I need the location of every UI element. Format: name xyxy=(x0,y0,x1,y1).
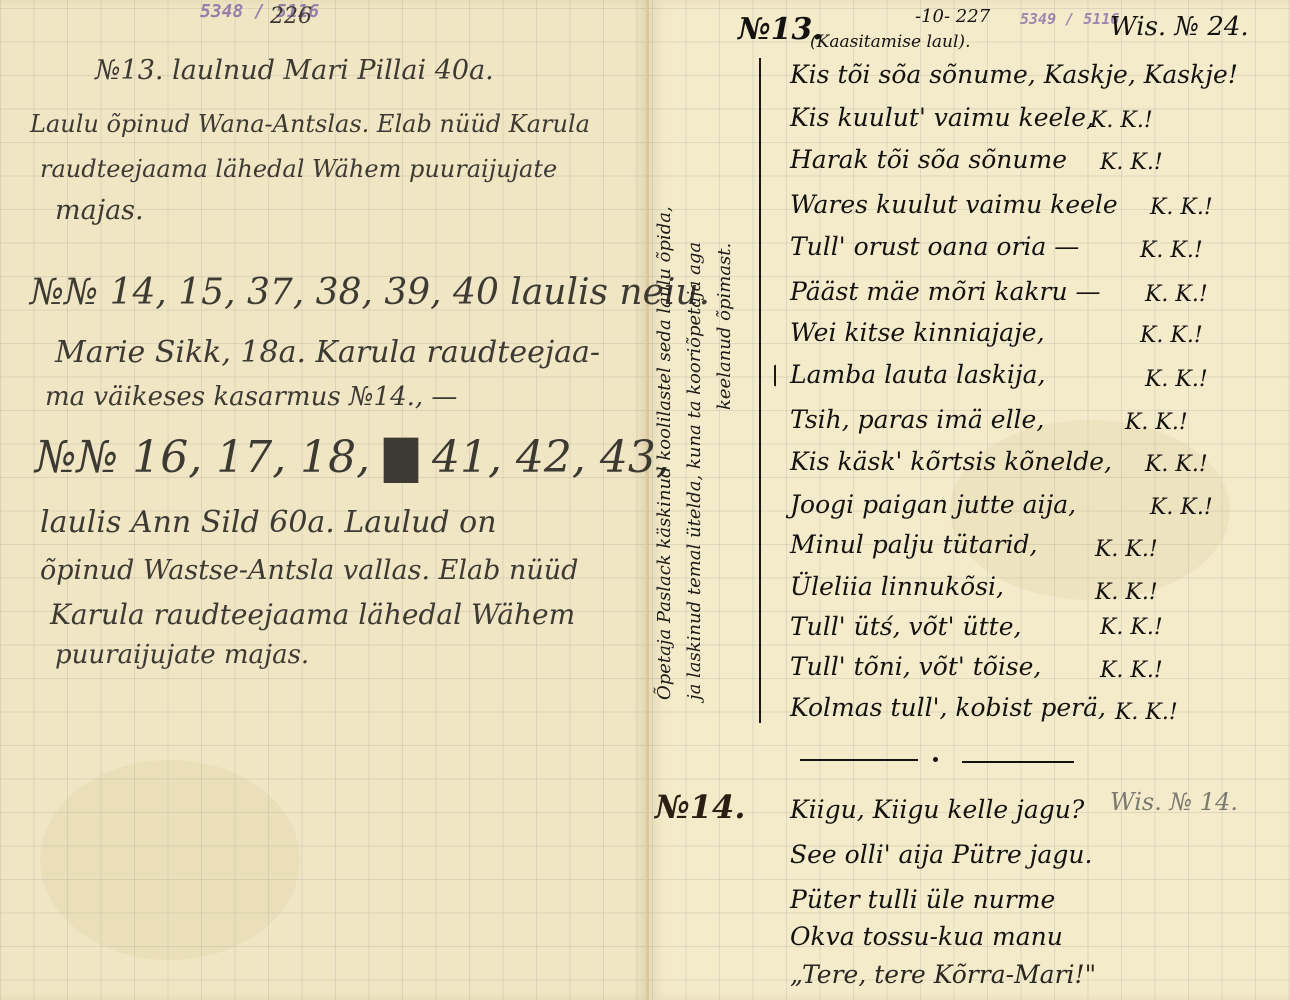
entry-16-line-3: õpinud Wastse-Antsla vallas. Elab nüüd xyxy=(40,555,578,586)
song-13-line: Minul palju tütarid, xyxy=(790,530,1037,559)
entry-13-line-2: Laulu õpinud Wana-Antslas. Elab nüüd Kar… xyxy=(30,110,590,138)
refrain: K. K.! xyxy=(1100,150,1163,175)
bracket-line xyxy=(759,58,761,723)
refrain: K. K.! xyxy=(1150,195,1213,220)
entry-14-line-2: Marie Sikk, 18a. Karula raudteejaa- xyxy=(55,335,600,370)
reference-wis-14: Wis. № 14. xyxy=(1110,788,1238,816)
refrain: K. K.! xyxy=(1145,282,1208,307)
entry-14-line-1: №№ 14, 15, 37, 38, 39, 40 laulis neiu. xyxy=(30,272,710,313)
song-13-line: Tull' orust oana oriа — xyxy=(790,232,1079,261)
entry-13-line-3: raudteejaama lähedal Wähem puuraijujate xyxy=(40,155,557,183)
song-14-line: „Tere, tere Kõrra-Mari!" xyxy=(790,960,1096,989)
entry-16-line-4: Karula raudteejaama lähedal Wähem xyxy=(50,598,575,631)
song-13-line: Joogi paigan jutte aija, xyxy=(790,490,1076,519)
entry-13-line-1: №13. laulnud Mari Pillai 40a. xyxy=(95,55,494,86)
song-13-line: Wares kuulut vaimu keele xyxy=(790,190,1118,219)
refrain: K. K.! xyxy=(1145,452,1208,477)
song-13-line: Lamba lauta laskija, xyxy=(790,360,1045,389)
refrain: K. K.! xyxy=(1140,323,1203,348)
refrain: K. K.! xyxy=(1125,410,1188,435)
separator-line xyxy=(962,761,1074,763)
entry-16-line-2: laulis Ann Sild 60a. Laulud on xyxy=(40,505,497,540)
song-13-line: Wei kitse kinniajaje, xyxy=(790,318,1045,347)
page-number-right: -10- 227 xyxy=(915,6,990,27)
refrain: K. K.! xyxy=(1115,700,1178,725)
song-14-number: №14. xyxy=(655,788,745,826)
song-13-line: Kis käsk' kõrtsis kõnelde, xyxy=(790,447,1112,476)
paper-stain xyxy=(40,760,300,960)
refrain: K. K.! xyxy=(1145,367,1208,392)
song-13-line: Tull' tõni, võt' tõise, xyxy=(790,652,1041,681)
song-13-line: Kolmas tull', kobist perä, xyxy=(790,693,1106,722)
reference-wis-24: Wis. № 24. xyxy=(1110,12,1249,42)
song-13-line: Kis kuulut' vaimu keele, xyxy=(790,103,1094,132)
separator-dot xyxy=(933,757,938,762)
song-14-line: Okva tossu-kua manu xyxy=(790,922,1063,951)
refrain: K. K.! xyxy=(1095,580,1158,605)
entry-13-line-4: majas. xyxy=(55,195,144,226)
refrain: K. K.! xyxy=(1100,615,1163,640)
margin-note-vertical: Õpetaja Paslack käskinud koolilastel sed… xyxy=(650,0,740,700)
song-13-line: Üleliia linnukõsi, xyxy=(790,572,1004,601)
refrain: K. K.! xyxy=(1150,495,1213,520)
song-14-line: See olli' aija Pütre jagu. xyxy=(790,840,1092,869)
song-13-line: Pääst mäe mõri kakru — xyxy=(790,277,1101,306)
entry-16-line-1: №№ 16, 17, 18, ▇ 41, 42, 43, xyxy=(35,432,670,483)
song-13-line: Kis tõi sõa sõnume, Kaskje, Kaskje! xyxy=(790,60,1238,89)
song-13-line: Tull' ütś, võt' ütte, xyxy=(790,612,1021,641)
song-13-line: Harak tõi sõa sõnume xyxy=(790,145,1067,174)
song-14-line: Kiigu, Kiigu kelle jagu? xyxy=(790,795,1084,824)
center-fold xyxy=(646,0,649,1000)
page-number-left: 226 xyxy=(270,4,312,29)
refrain: K. K.! xyxy=(1095,537,1158,562)
archive-stamp-right: 5349 / 5116 xyxy=(1020,10,1119,28)
separator-line xyxy=(800,759,918,761)
entry-16-line-5: puuraijujate majas. xyxy=(55,640,309,670)
refrain: K. K.! xyxy=(1090,108,1153,133)
song-13-line: Tsih, paras imä elle, xyxy=(790,405,1044,434)
entry-14-line-3: ma väikeses kasarmus №14., — xyxy=(45,382,457,412)
song-14-line: Püter tulli üle nurme xyxy=(790,885,1055,914)
song-13-subtitle: (Kaasitamise laul). xyxy=(810,32,970,52)
refrain: K. K.! xyxy=(1100,658,1163,683)
refrain: K. K.! xyxy=(1140,238,1203,263)
